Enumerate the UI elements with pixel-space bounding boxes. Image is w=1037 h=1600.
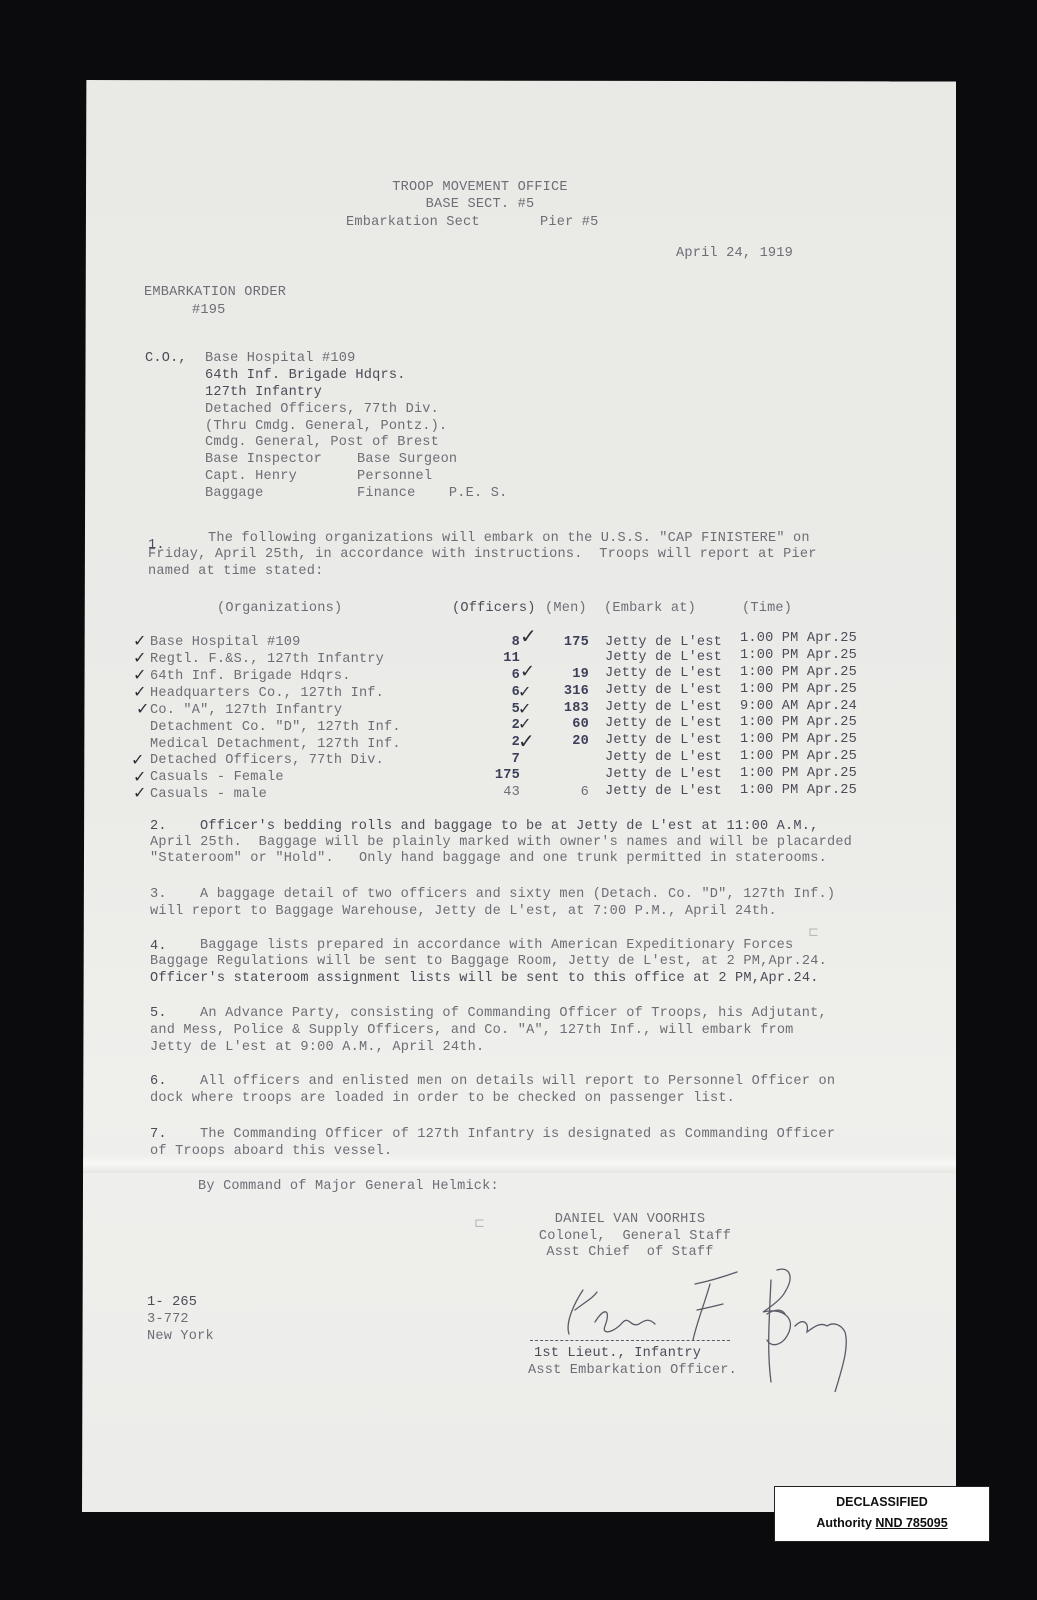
embark-time: 1:00 PM Apr.25	[740, 647, 857, 664]
paragraph-6-line: All officers and enlisted men on details…	[200, 1073, 835, 1090]
org-name: Regtl. F.&S., 127th Infantry	[150, 651, 384, 668]
archive-mark: ⊏	[474, 1216, 485, 1231]
stamp-authority: Authority NND 785095	[775, 1516, 989, 1530]
distribution-line: 64th Inf. Brigade Hdqrs.	[205, 367, 406, 384]
embark-location: Jetty de L'est	[605, 665, 722, 682]
org-name: Headquarters Co., 127th Inf.	[150, 685, 384, 702]
checkmark-icon: ✓	[133, 650, 146, 666]
stamp-authority-label: Authority	[816, 1516, 872, 1530]
distribution-line: (Thru Cmdg. General, Pontz.).	[205, 418, 447, 435]
officers-count: 6	[490, 684, 520, 701]
signer-rank: Colonel, General Staff	[525, 1228, 745, 1245]
embark-location: Jetty de L'est	[605, 649, 722, 666]
officers-count: 43	[490, 784, 520, 801]
org-name: Co. "A", 127th Infantry	[150, 702, 342, 719]
column-header-men: (Men)	[545, 600, 587, 617]
checkmark-icon: ✓	[133, 785, 146, 801]
paragraph-2-line: "Stateroom" or "Hold". Only hand baggage…	[150, 850, 827, 867]
embark-time: 1:00 PM Apr.25	[740, 782, 857, 799]
org-name: Base Hospital #109	[150, 634, 300, 651]
men-count: 19	[555, 666, 589, 683]
checkmark-icon: ✓	[520, 628, 537, 644]
org-name: Medical Detachment, 127th Inf.	[150, 736, 401, 753]
distribution-col1: Baggage	[205, 485, 264, 502]
distribution-col2: Finance P.E. S.	[357, 485, 507, 502]
distribution-col1: Capt. Henry	[205, 468, 297, 485]
embark-location: Jetty de L'est	[605, 749, 722, 766]
men-count: 20	[555, 733, 589, 750]
distribution-col2: Base Surgeon	[357, 451, 457, 468]
men-count: 175	[555, 634, 589, 651]
officers-count: 5	[490, 701, 520, 718]
embark-time: 1.00 PM Apr.25	[740, 630, 857, 647]
file-code: 1- 265	[147, 1294, 197, 1311]
officers-count: 2	[490, 717, 520, 734]
embark-location: Jetty de L'est	[605, 699, 722, 716]
embark-location: Jetty de L'est	[605, 682, 722, 699]
org-name: Casuals - male	[150, 786, 267, 803]
distribution-line: Base Hospital #109	[205, 350, 355, 367]
paragraph-7-line: of Troops aboard this vessel.	[150, 1143, 392, 1160]
column-header-embark-at: (Embark at)	[604, 600, 696, 617]
column-header-organizations: (Organizations)	[217, 600, 342, 617]
distribution-col1: Base Inspector	[205, 451, 322, 468]
checkmark-icon: ✓	[518, 733, 535, 749]
embark-time: 1:00 PM Apr.25	[740, 664, 857, 681]
officers-count: 11	[490, 650, 520, 667]
org-name: Detachment Co. "D", 127th Inf.	[150, 719, 401, 736]
embark-time: 9:00 AM Apr.24	[740, 698, 857, 715]
document-date: April 24, 1919	[676, 245, 793, 262]
paragraph-4-line: Officer's stateroom assignment lists wil…	[150, 970, 819, 987]
paragraph-4-line: Baggage lists prepared in accordance wit…	[200, 937, 793, 954]
officers-count: 8	[490, 634, 520, 651]
paragraph-number: 5.	[150, 1005, 167, 1022]
org-name: Detached Officers, 77th Div.	[150, 752, 384, 769]
checkmark-icon: ✓	[133, 633, 146, 649]
men-count: 183	[555, 700, 589, 717]
embark-time: 1:00 PM Apr.25	[740, 714, 857, 731]
officers-count: 2	[490, 734, 520, 751]
office-heading: TROOP MOVEMENT OFFICE	[340, 179, 620, 196]
paragraph-number: 6.	[150, 1073, 167, 1090]
paragraph-2-line: Officer's bedding rolls and baggage to b…	[200, 818, 818, 835]
embark-location: Jetty de L'est	[605, 732, 722, 749]
distribution-line: Cmdg. General, Post of Brest	[205, 434, 439, 451]
paragraph-7-line: The Commanding Officer of 127th Infantry…	[200, 1126, 835, 1143]
officers-count: 6	[490, 667, 520, 684]
paragraph-3-line: A baggage detail of two officers and six…	[200, 886, 835, 903]
paragraph-5-line: Jetty de L'est at 9:00 A.M., April 24th.	[150, 1039, 484, 1056]
signer-title: Asst Chief of Staff	[520, 1244, 740, 1261]
embark-time: 1:00 PM Apr.25	[740, 731, 857, 748]
embark-location: Jetty de L'est	[605, 766, 722, 783]
org-name: Casuals - Female	[150, 769, 284, 786]
paragraph-1-line: The following organizations will embark …	[208, 530, 810, 547]
order-title: EMBARKATION ORDER	[144, 284, 286, 301]
pier-heading: Pier #5	[540, 214, 599, 231]
archive-mark: ⊏	[808, 925, 819, 940]
paragraph-number: 2.	[150, 818, 167, 835]
embark-time: 1:00 PM Apr.25	[740, 748, 857, 765]
signature-line	[530, 1340, 730, 1341]
subsection-heading: Embarkation Sect	[346, 214, 480, 231]
officers-count: 7	[490, 751, 520, 768]
officer-rank: 1st Lieut., Infantry	[534, 1345, 701, 1362]
distribution-line: 127th Infantry	[205, 384, 322, 401]
by-command-line: By Command of Major General Helmick:	[198, 1178, 499, 1195]
file-code: New York	[147, 1328, 214, 1345]
embark-location: Jetty de L'est	[605, 783, 722, 800]
signer-name: DANIEL VAN VOORHIS	[520, 1211, 740, 1228]
men-count: 316	[555, 683, 589, 700]
paragraph-5-line: and Mess, Police & Supply Officers, and …	[150, 1022, 794, 1039]
checkmark-icon: ✓	[131, 752, 144, 768]
officer-title: Asst Embarkation Officer.	[528, 1362, 737, 1379]
paragraph-4-line: Baggage Regulations will be sent to Bagg…	[150, 953, 827, 970]
distribution-col2: Personnel	[357, 468, 432, 485]
column-header-officers: (Officers)	[452, 600, 536, 617]
men-count: 6	[555, 784, 589, 801]
embark-location: Jetty de L'est	[605, 715, 722, 732]
embark-time: 1:00 PM Apr.25	[740, 765, 857, 782]
paragraph-1-line: named at time stated:	[148, 563, 324, 580]
paragraph-1-line: Friday, April 25th, in accordance with i…	[148, 546, 817, 563]
checkmark-icon: ✓	[136, 701, 149, 717]
checkmark-icon: ✓	[133, 667, 146, 683]
checkmark-icon: ✓	[133, 684, 146, 700]
paragraph-5-line: An Advance Party, consisting of Commandi…	[200, 1005, 827, 1022]
declassified-stamp: DECLASSIFIED Authority NND 785095	[774, 1486, 990, 1542]
section-heading: BASE SECT. #5	[340, 196, 620, 213]
paragraph-3-line: will report to Baggage Warehouse, Jetty …	[150, 903, 777, 920]
order-number: #195	[192, 302, 225, 319]
paragraph-number: 3.	[150, 886, 167, 903]
distribution-prefix: C.O.,	[145, 350, 187, 367]
checkmark-icon: ✓	[520, 664, 535, 680]
men-count: 60	[555, 716, 589, 733]
checkmark-icon: ✓	[518, 684, 531, 700]
embark-time: 1:00 PM Apr.25	[740, 681, 857, 698]
paragraph-2-line: April 25th. Baggage will be plainly mark…	[150, 834, 852, 851]
org-name: 64th Inf. Brigade Hdqrs.	[150, 668, 351, 685]
officers-count: 175	[490, 767, 520, 784]
paragraph-number: 7.	[150, 1126, 167, 1143]
file-code: 3-772	[147, 1311, 189, 1328]
stamp-title: DECLASSIFIED	[775, 1495, 989, 1509]
stamp-authority-value: NND 785095	[875, 1516, 947, 1530]
column-header-time: (Time)	[742, 600, 792, 617]
paragraph-6-line: dock where troops are loaded in order to…	[150, 1090, 735, 1107]
distribution-line: Detached Officers, 77th Div.	[205, 401, 439, 418]
